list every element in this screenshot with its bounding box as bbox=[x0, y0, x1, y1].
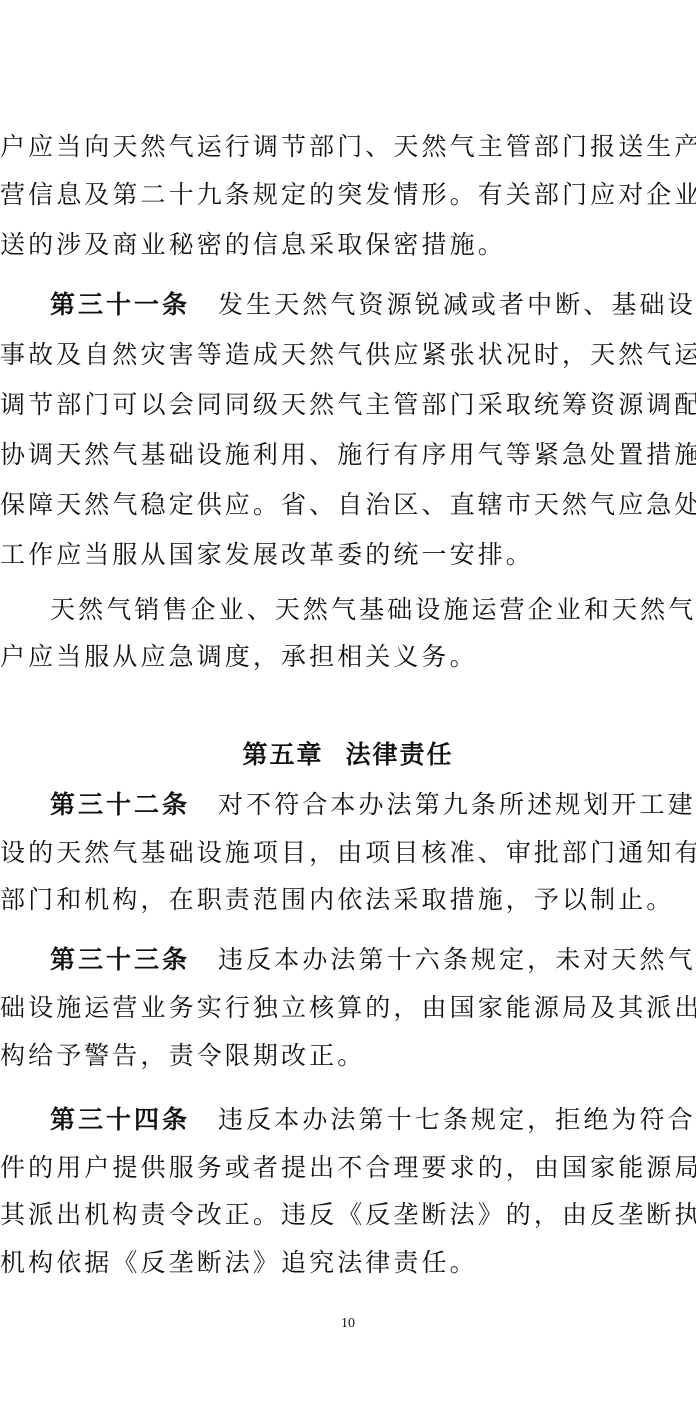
paragraph-line: 事故及自然灾害等造成天然气供应紧张状况时，天然气运行 bbox=[0, 340, 696, 370]
article-text: 对不符合本办法第九条所述规划开工建 bbox=[218, 790, 696, 819]
page-number: 10 bbox=[0, 1316, 696, 1332]
paragraph-line: 营信息及第二十九条规定的突发情形。有关部门应对企业报 bbox=[0, 180, 696, 210]
article-label: 第三十一条 bbox=[50, 290, 190, 319]
article-33-first-line: 第三十三条违反本办法第十六条规定，未对天然气基 bbox=[50, 945, 696, 975]
paragraph-line: 其派出机构责令改正。违反《反垄断法》的，由反垄断执法 bbox=[0, 1200, 696, 1230]
article-34-first-line: 第三十四条违反本办法第十七条规定，拒绝为符合条 bbox=[50, 1105, 696, 1135]
article-label: 第三十二条 bbox=[50, 790, 190, 819]
article-text: 违反本办法第十七条规定，拒绝为符合条 bbox=[218, 1105, 696, 1134]
paragraph-line: 机构依据《反垄断法》追究法律责任。 bbox=[0, 1248, 696, 1278]
paragraph-line: 调节部门可以会同同级天然气主管部门采取统筹资源调配、 bbox=[0, 390, 696, 420]
article-label: 第三十四条 bbox=[50, 1105, 190, 1134]
article-label: 第三十三条 bbox=[50, 945, 190, 974]
paragraph-line: 设的天然气基础设施项目，由项目核准、审批部门通知有关 bbox=[0, 838, 696, 868]
paragraph-line: 户应当向天然气运行调节部门、天然气主管部门报送生产运 bbox=[0, 132, 696, 162]
article-text: 违反本办法第十六条规定，未对天然气基 bbox=[218, 945, 696, 974]
article-31-first-line: 第三十一条发生天然气资源锐减或者中断、基础设施 bbox=[50, 290, 696, 320]
chapter-title: 法律责任 bbox=[346, 740, 454, 769]
paragraph-line: 送的涉及商业秘密的信息采取保密措施。 bbox=[0, 230, 696, 260]
paragraph-line: 构给予警告，责令限期改正。 bbox=[0, 1041, 696, 1071]
article-text: 发生天然气资源锐减或者中断、基础设施 bbox=[218, 290, 696, 319]
paragraph-line: 工作应当服从国家发展改革委的统一安排。 bbox=[0, 540, 696, 570]
paragraph-line: 协调天然气基础设施利用、施行有序用气等紧急处置措施， bbox=[0, 440, 696, 470]
chapter-heading: 第五章法律责任 bbox=[0, 740, 696, 770]
paragraph-line: 户应当服从应急调度，承担相关义务。 bbox=[0, 642, 696, 672]
paragraph-line: 天然气销售企业、天然气基础设施运营企业和天然气用 bbox=[50, 595, 696, 625]
article-32-first-line: 第三十二条对不符合本办法第九条所述规划开工建 bbox=[50, 790, 696, 820]
chapter-label: 第五章 bbox=[242, 740, 323, 769]
paragraph-line: 件的用户提供服务或者提出不合理要求的，由国家能源局及 bbox=[0, 1153, 696, 1183]
paragraph-line: 部门和机构，在职责范围内依法采取措施，予以制止。 bbox=[0, 885, 696, 915]
paragraph-line: 础设施运营业务实行独立核算的，由国家能源局及其派出机 bbox=[0, 993, 696, 1023]
paragraph-line: 保障天然气稳定供应。省、自治区、直辖市天然气应急处理 bbox=[0, 490, 696, 520]
